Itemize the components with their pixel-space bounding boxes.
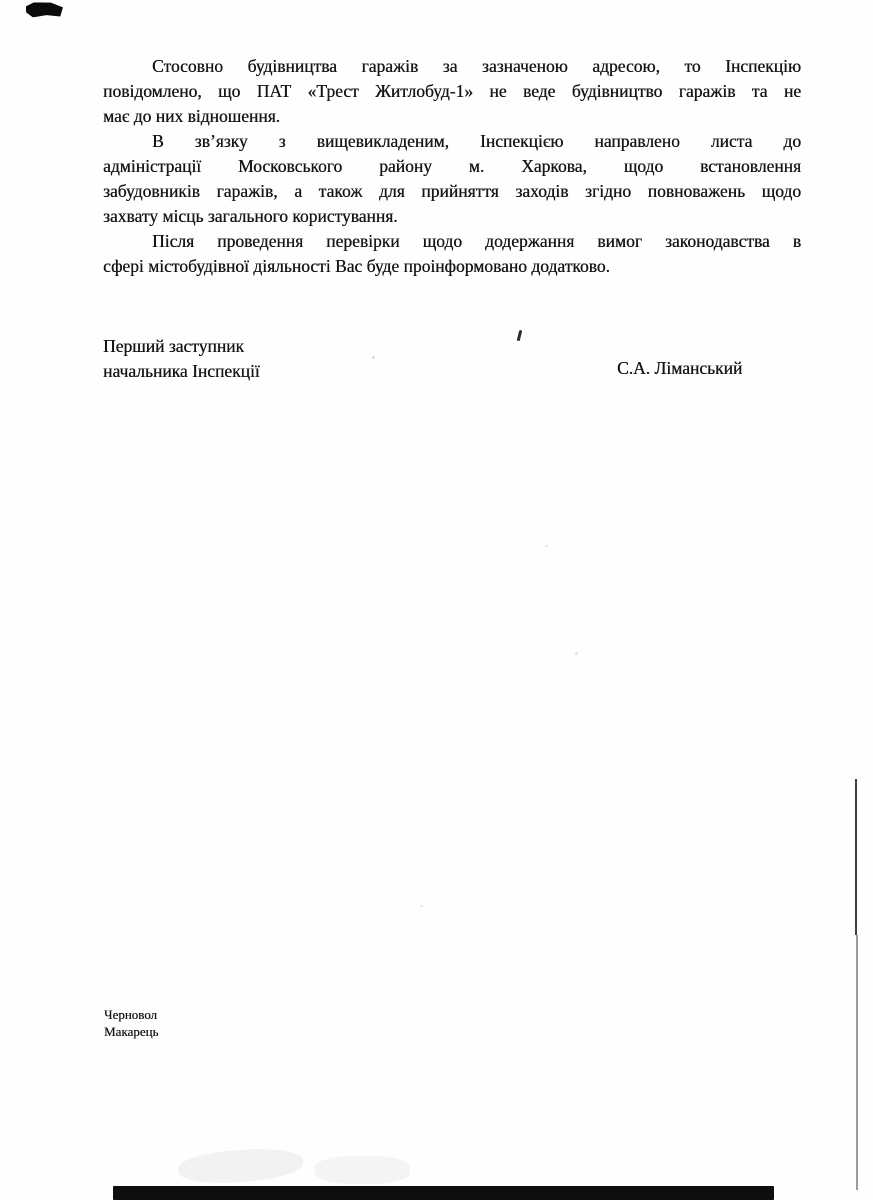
paragraph-2-line-1: В зв’язку з вищевикладеним, Інспекцією н… — [103, 129, 801, 154]
scan-edge-line-artifact — [855, 779, 857, 935]
paragraph-3-line-1: Після проведення перевірки щодо додержан… — [103, 229, 801, 254]
paragraph-1-line-1: Стосовно будівництва гаражів за зазначен… — [103, 54, 801, 79]
executor-name-1: Черновол — [104, 1007, 158, 1024]
paragraph-2-line-4: захвату місць загального користування. — [103, 204, 801, 229]
letter-body: Стосовно будівництва гаражів за зазначен… — [103, 54, 801, 279]
scan-speck-artifact — [545, 545, 548, 547]
scan-speck-artifact — [372, 356, 375, 359]
signature-block: Перший заступник начальника Інспекції С.… — [103, 334, 801, 384]
scanned-letter-page: Стосовно будівництва гаражів за зазначен… — [0, 0, 873, 1200]
paragraph-1-line-2: повідомлено, що ПАТ «Трест Житлобуд-1» н… — [103, 79, 801, 104]
scan-edge-line-artifact — [856, 935, 858, 1190]
paragraph-2-line-3: забудовників гаражів, а також для прийня… — [103, 179, 801, 204]
scan-bottom-bar-artifact — [113, 1186, 774, 1200]
paragraph-3-line-2: сфері містобудівної діяльності Вас буде … — [103, 254, 801, 279]
scan-speck-artifact — [420, 905, 423, 907]
scan-smudge-artifact — [315, 1156, 410, 1184]
paragraph-2-line-2: адміністрації Московського району м. Хар… — [103, 154, 801, 179]
executor-name-2: Макарець — [104, 1024, 158, 1041]
scan-smudge-artifact — [177, 1146, 304, 1187]
executors-block: Черновол Макарець — [104, 1007, 158, 1040]
signatory-name: С.А. Ліманський — [617, 356, 742, 381]
paragraph-1-line-3: має до них відношення. — [103, 104, 801, 129]
scan-blob-artifact — [26, 1, 64, 17]
scan-speck-artifact — [575, 652, 578, 655]
